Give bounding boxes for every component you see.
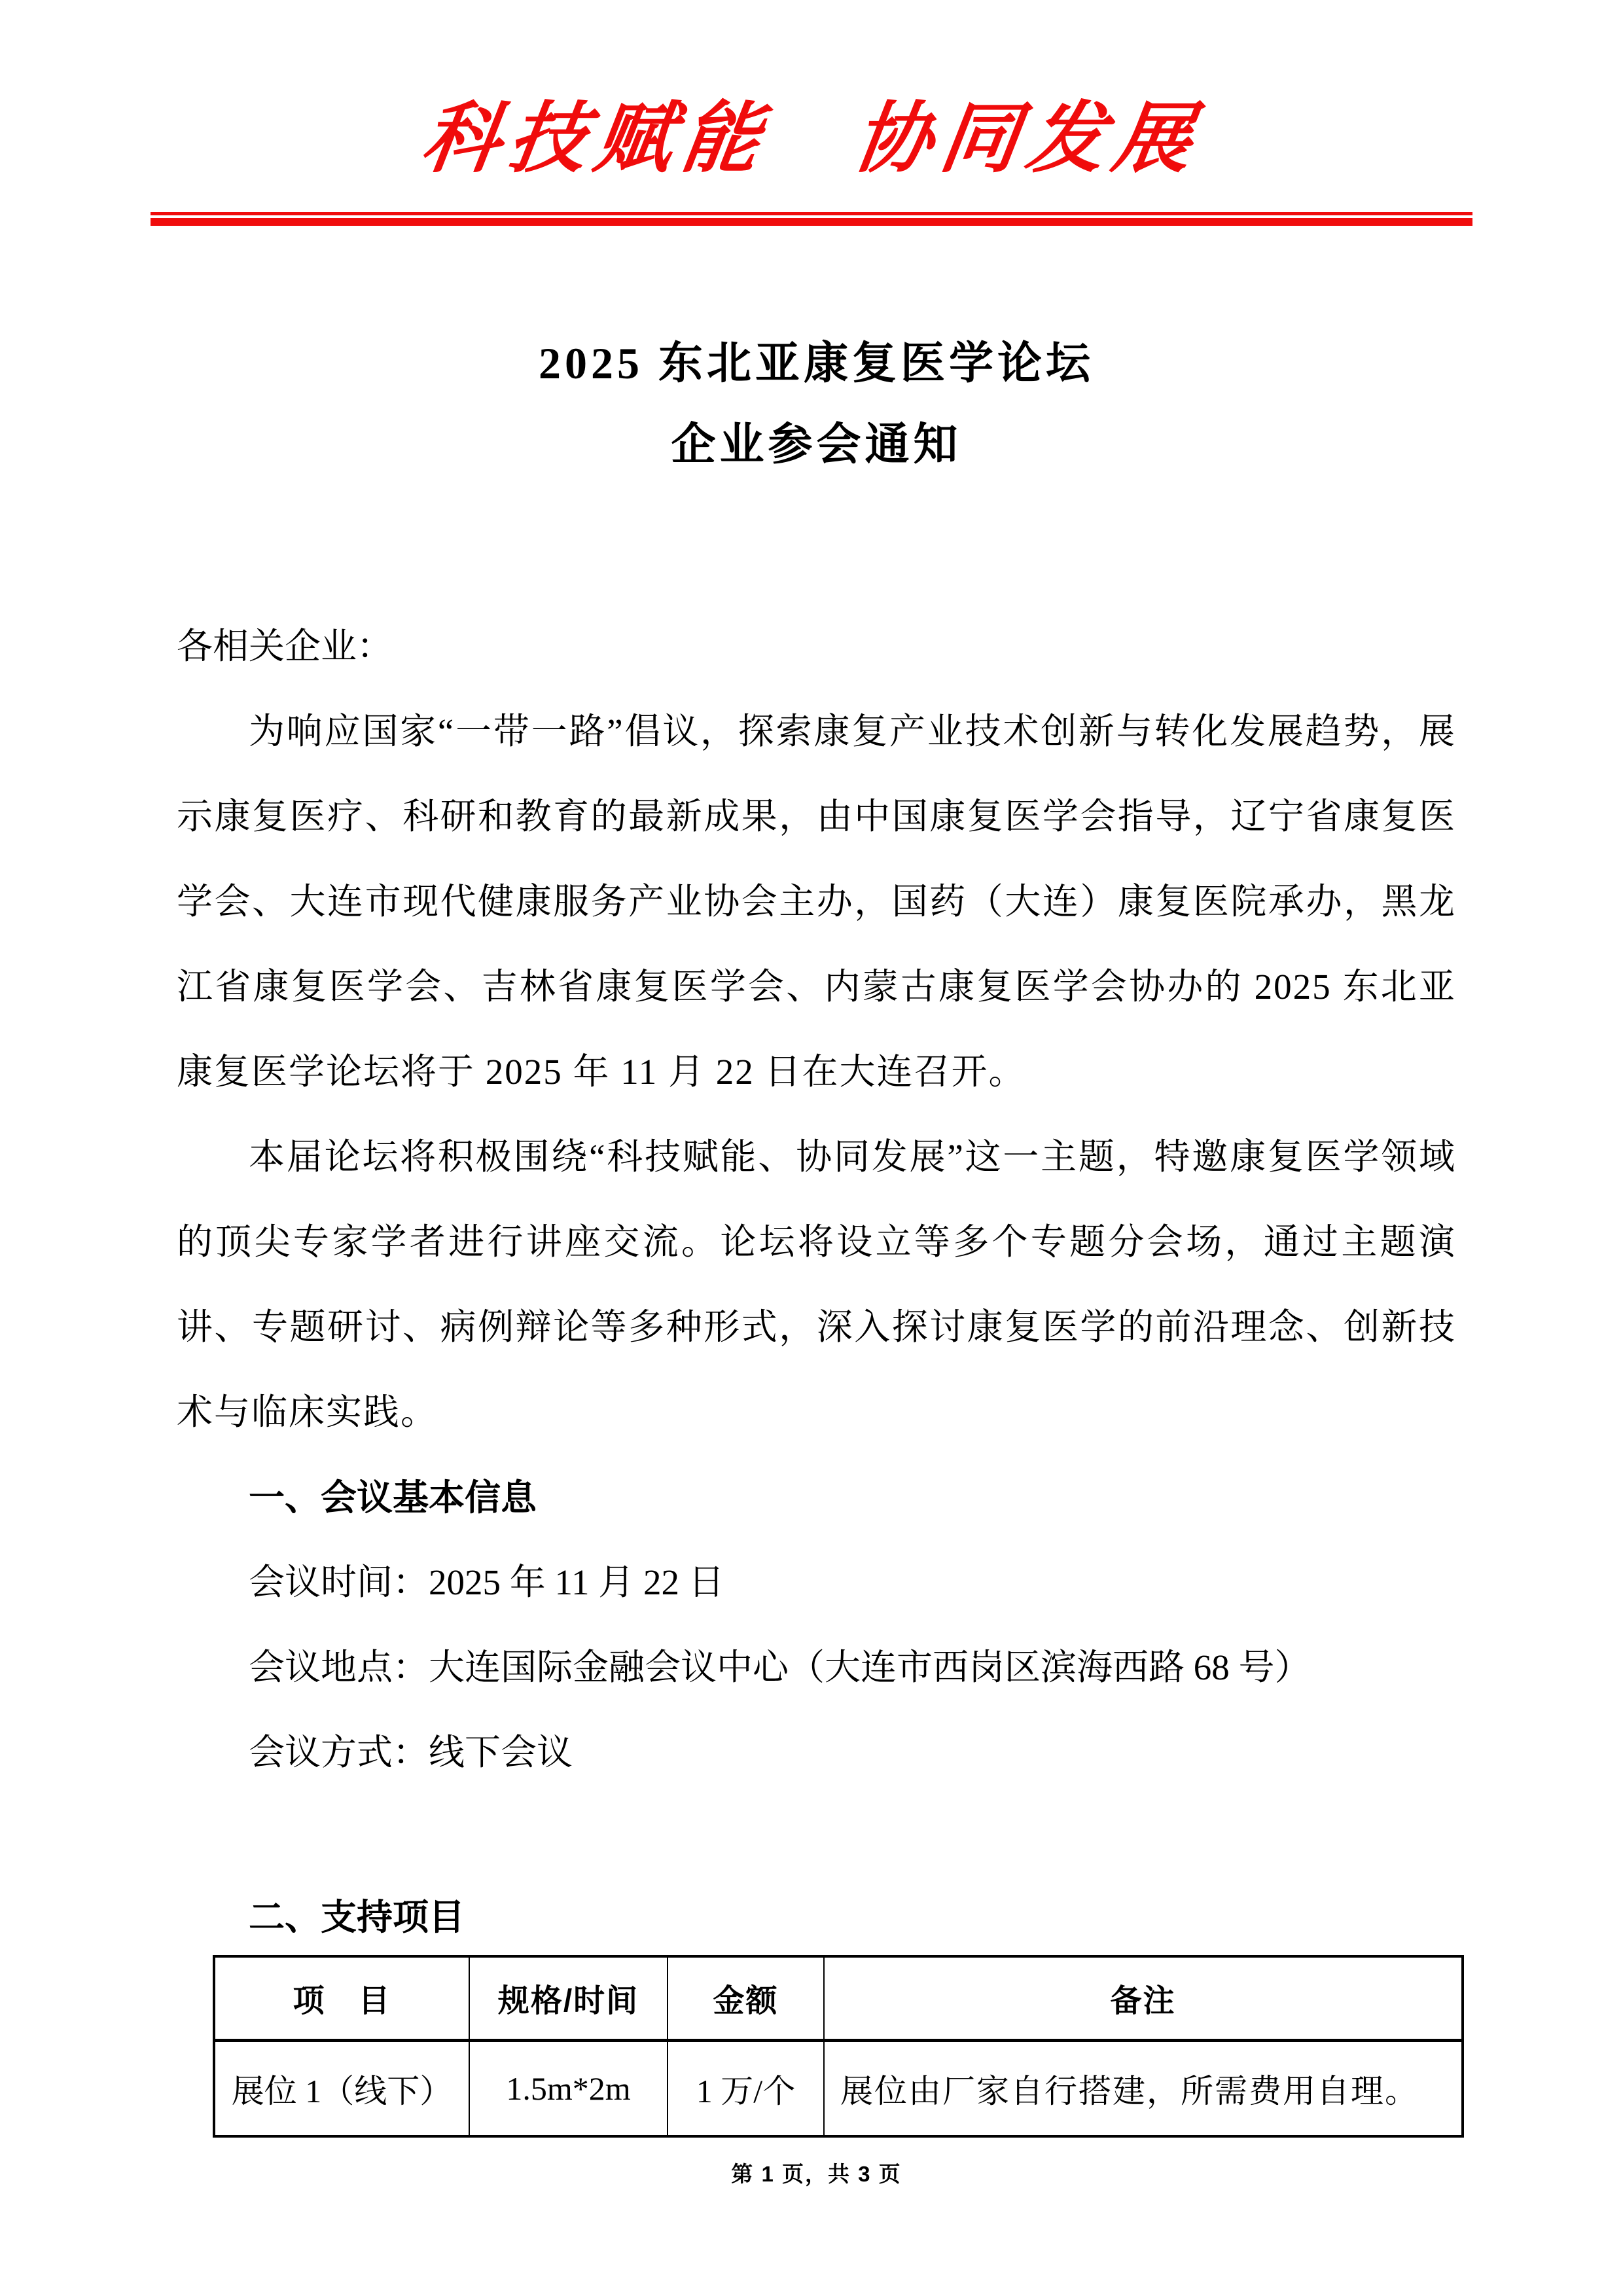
letterhead-rule-thin xyxy=(151,212,1472,215)
letterhead-rule xyxy=(151,212,1472,226)
document-title-line1: 2025 东北亚康复医学论坛 xyxy=(177,323,1456,404)
document-title: 2025 东北亚康复医学论坛 企业参会通知 xyxy=(177,323,1456,485)
salutation: 各相关企业： xyxy=(177,604,1456,689)
section2-heading: 二、支持项目 xyxy=(177,1893,1456,1941)
paragraph-intro: 为响应国家“一带一路”倡议，探索康复产业技术创新与转化发展趋势，展示康复医疗、科… xyxy=(177,689,1456,1115)
column-header-amount: 金额 xyxy=(668,1956,824,2041)
document-title-line2: 企业参会通知 xyxy=(177,404,1456,485)
document-page: 科技赋能 协同发展 2025 东北亚康复医学论坛 企业参会通知 各相关企业： 为… xyxy=(0,0,1623,2296)
cell-spec-time: 1.5m*2m xyxy=(469,2040,668,2136)
page-number: 第 1 页，共 3 页 xyxy=(731,2162,901,2186)
column-header-spec-time: 规格/时间 xyxy=(469,1956,668,2041)
table-row: 展位 1（线下） 1.5m*2m 1 万/个 展位由厂家自行搭建，所需费用自理。 xyxy=(214,2040,1463,2136)
section1-heading: 一、会议基本信息 xyxy=(177,1455,1456,1540)
meeting-location-line: 会议地点：大连国际金融会议中心（大连市西岗区滨海西路 68 号） xyxy=(177,1625,1456,1710)
column-header-item: 项 目 xyxy=(214,1956,469,2041)
cell-item: 展位 1（线下） xyxy=(214,2040,469,2136)
meeting-format-line: 会议方式：线下会议 xyxy=(177,1710,1456,1795)
letterhead: 科技赋能 协同发展 xyxy=(0,0,1623,226)
table-header-row: 项 目 规格/时间 金额 备注 xyxy=(214,1956,1463,2041)
letterhead-slogan: 科技赋能 协同发展 xyxy=(417,97,1206,182)
page-footer: 第 1 页，共 3 页 xyxy=(177,2157,1456,2188)
meeting-time-line: 会议时间：2025 年 11 月 22 日 xyxy=(177,1540,1456,1625)
document-body: 2025 东北亚康复医学论坛 企业参会通知 各相关企业： 为响应国家“一带一路”… xyxy=(177,323,1456,2188)
cell-amount: 1 万/个 xyxy=(668,2040,824,2136)
support-table-body: 展位 1（线下） 1.5m*2m 1 万/个 展位由厂家自行搭建，所需费用自理。 xyxy=(214,2040,1463,2136)
column-header-remark: 备注 xyxy=(824,1956,1463,2041)
support-table: 项 目 规格/时间 金额 备注 展位 1（线下） 1.5m*2m 1 万/个 展… xyxy=(213,1955,1464,2138)
support-table-header: 项 目 规格/时间 金额 备注 xyxy=(214,1956,1463,2041)
letterhead-rule-thick xyxy=(151,218,1472,226)
cell-remark: 展位由厂家自行搭建，所需费用自理。 xyxy=(824,2040,1463,2136)
paragraph-theme: 本届论坛将积极围绕“科技赋能、协同发展”这一主题，特邀康复医学领域的顶尖专家学者… xyxy=(177,1115,1456,1455)
